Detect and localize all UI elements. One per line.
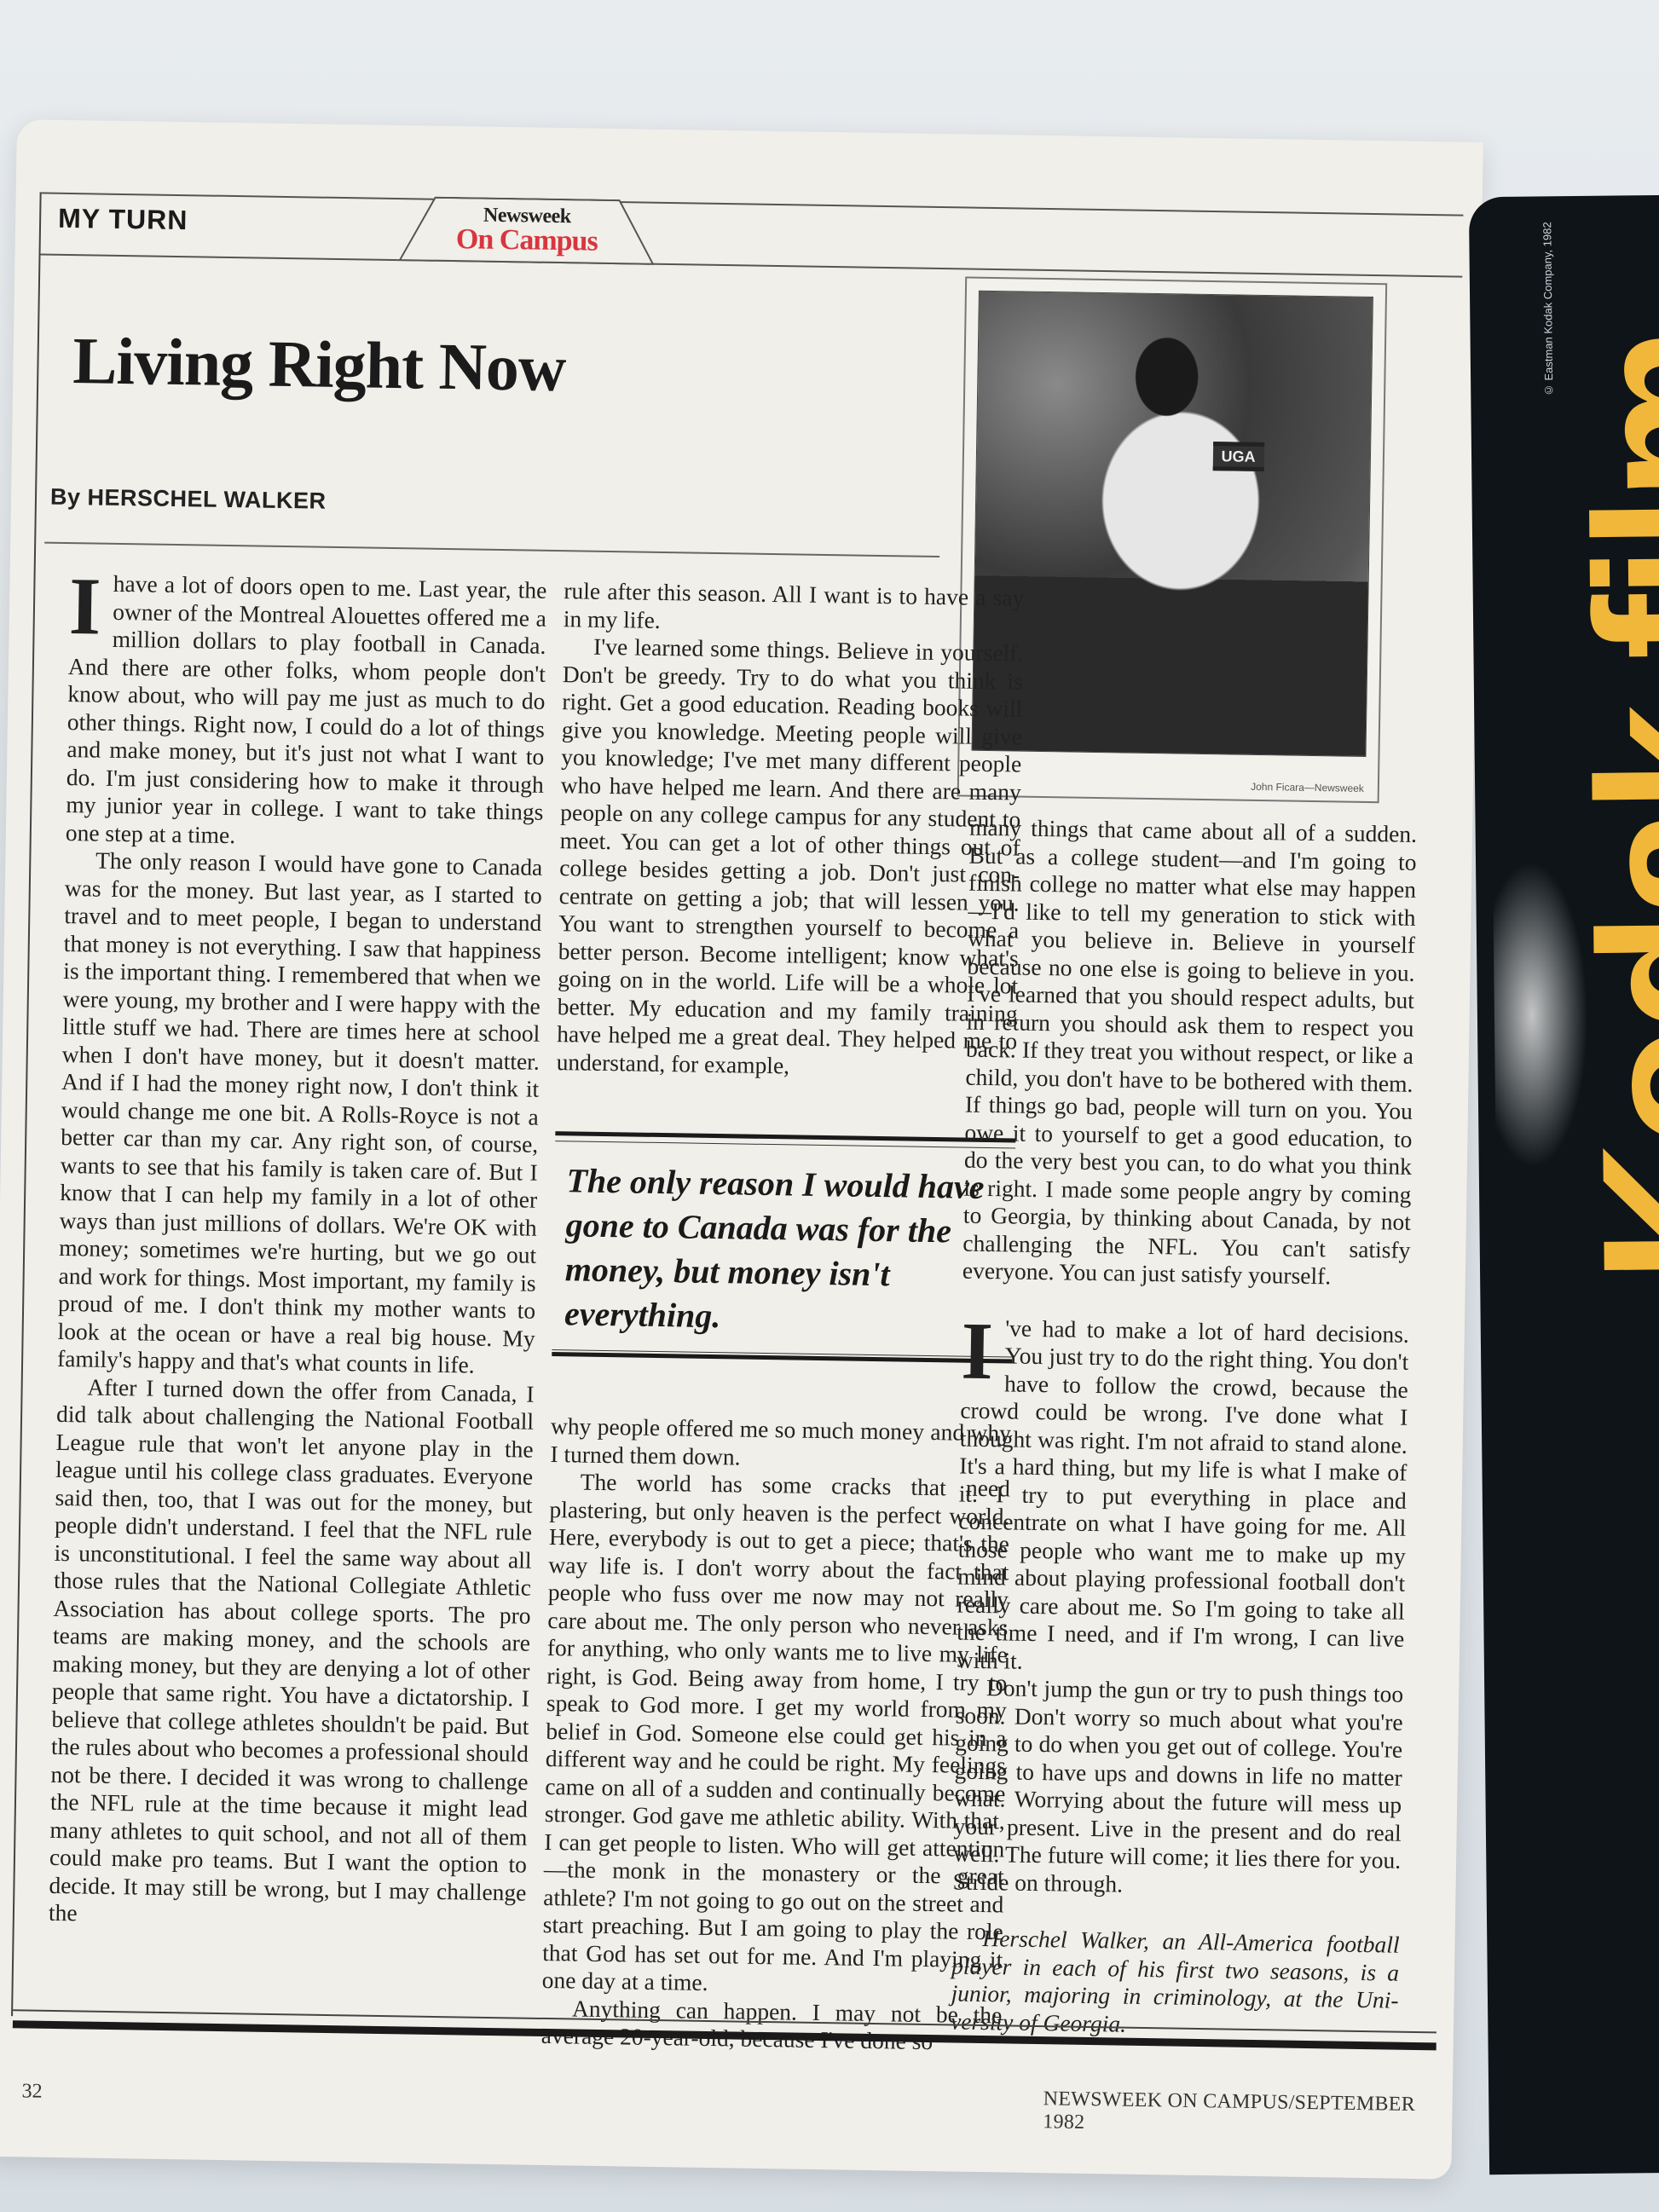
magazine-page: MY TURN Newsweek On Campus Living Right … (0, 119, 1483, 2180)
page-number: 32 (21, 2080, 42, 2103)
column-2-top: rule after this season. All I want is to… (556, 577, 1024, 1083)
paragraph: Ihave a lot of doors open to me. Last ye… (66, 569, 547, 854)
paragraph: why people offered me so much money and … (550, 1412, 1011, 1475)
paragraph: The world has some cracks that need plas… (542, 1468, 1011, 2001)
header-band: MY TURN Newsweek On Campus (40, 193, 1463, 277)
paragraph: many things that came about all of a sud… (962, 814, 1418, 1292)
photo-credit: John Ficara—Newsweek (1251, 781, 1364, 794)
paragraph: I've learned some things. Believe in you… (556, 632, 1023, 1083)
glare-highlight (1493, 861, 1590, 1169)
masthead-newsweek: Newsweek (399, 203, 655, 230)
publication-footer: NEWSWEEK ON CAMPUS/SEPTEMBER 1982 (1043, 2088, 1453, 2140)
column-3: many things that came about all of a sud… (951, 814, 1417, 2042)
byline-divider (44, 542, 939, 557)
paragraph: Anything can happen. I may not be the av… (541, 1994, 1003, 2056)
paragraph: After I turned down the offer from Can­a… (49, 1372, 535, 1934)
uga-shirt-patch: UGA (1212, 442, 1264, 471)
drop-cap: I (961, 1317, 994, 1384)
kodak-ad-strip: © Eastman Kodak Company, 1982 Kodak film (1469, 195, 1659, 2174)
paragraph: I've had to make a lot of hard decisions… (956, 1314, 1409, 1681)
article-title: Living Right Now (72, 322, 566, 407)
author-photo: UGA (972, 291, 1373, 757)
byline: By HERSCHEL WALKER (50, 484, 327, 515)
pull-quote: The only reason I would have gone to Can… (552, 1131, 1015, 1363)
article-frame: MY TURN Newsweek On Campus Living Right … (11, 192, 1463, 2038)
paragraph: The only reason I would have gone to Can… (57, 846, 543, 1380)
drop-cap: I (68, 573, 101, 640)
column-1: Ihave a lot of doors open to me. Last ye… (49, 569, 547, 1934)
masthead-on-campus: On Campus (399, 222, 656, 259)
section-label: MY TURN (58, 203, 188, 236)
pull-quote-text: The only reason I would have gone to Can… (552, 1141, 1015, 1354)
paragraph: rule after this season. All I want is to… (564, 577, 1025, 639)
paragraph: Don't jump the gun or try to push things… (952, 1674, 1403, 1903)
column-2-bottom: why people offered me so much money and … (541, 1412, 1012, 2057)
masthead-logo: Newsweek On Campus (398, 196, 655, 265)
